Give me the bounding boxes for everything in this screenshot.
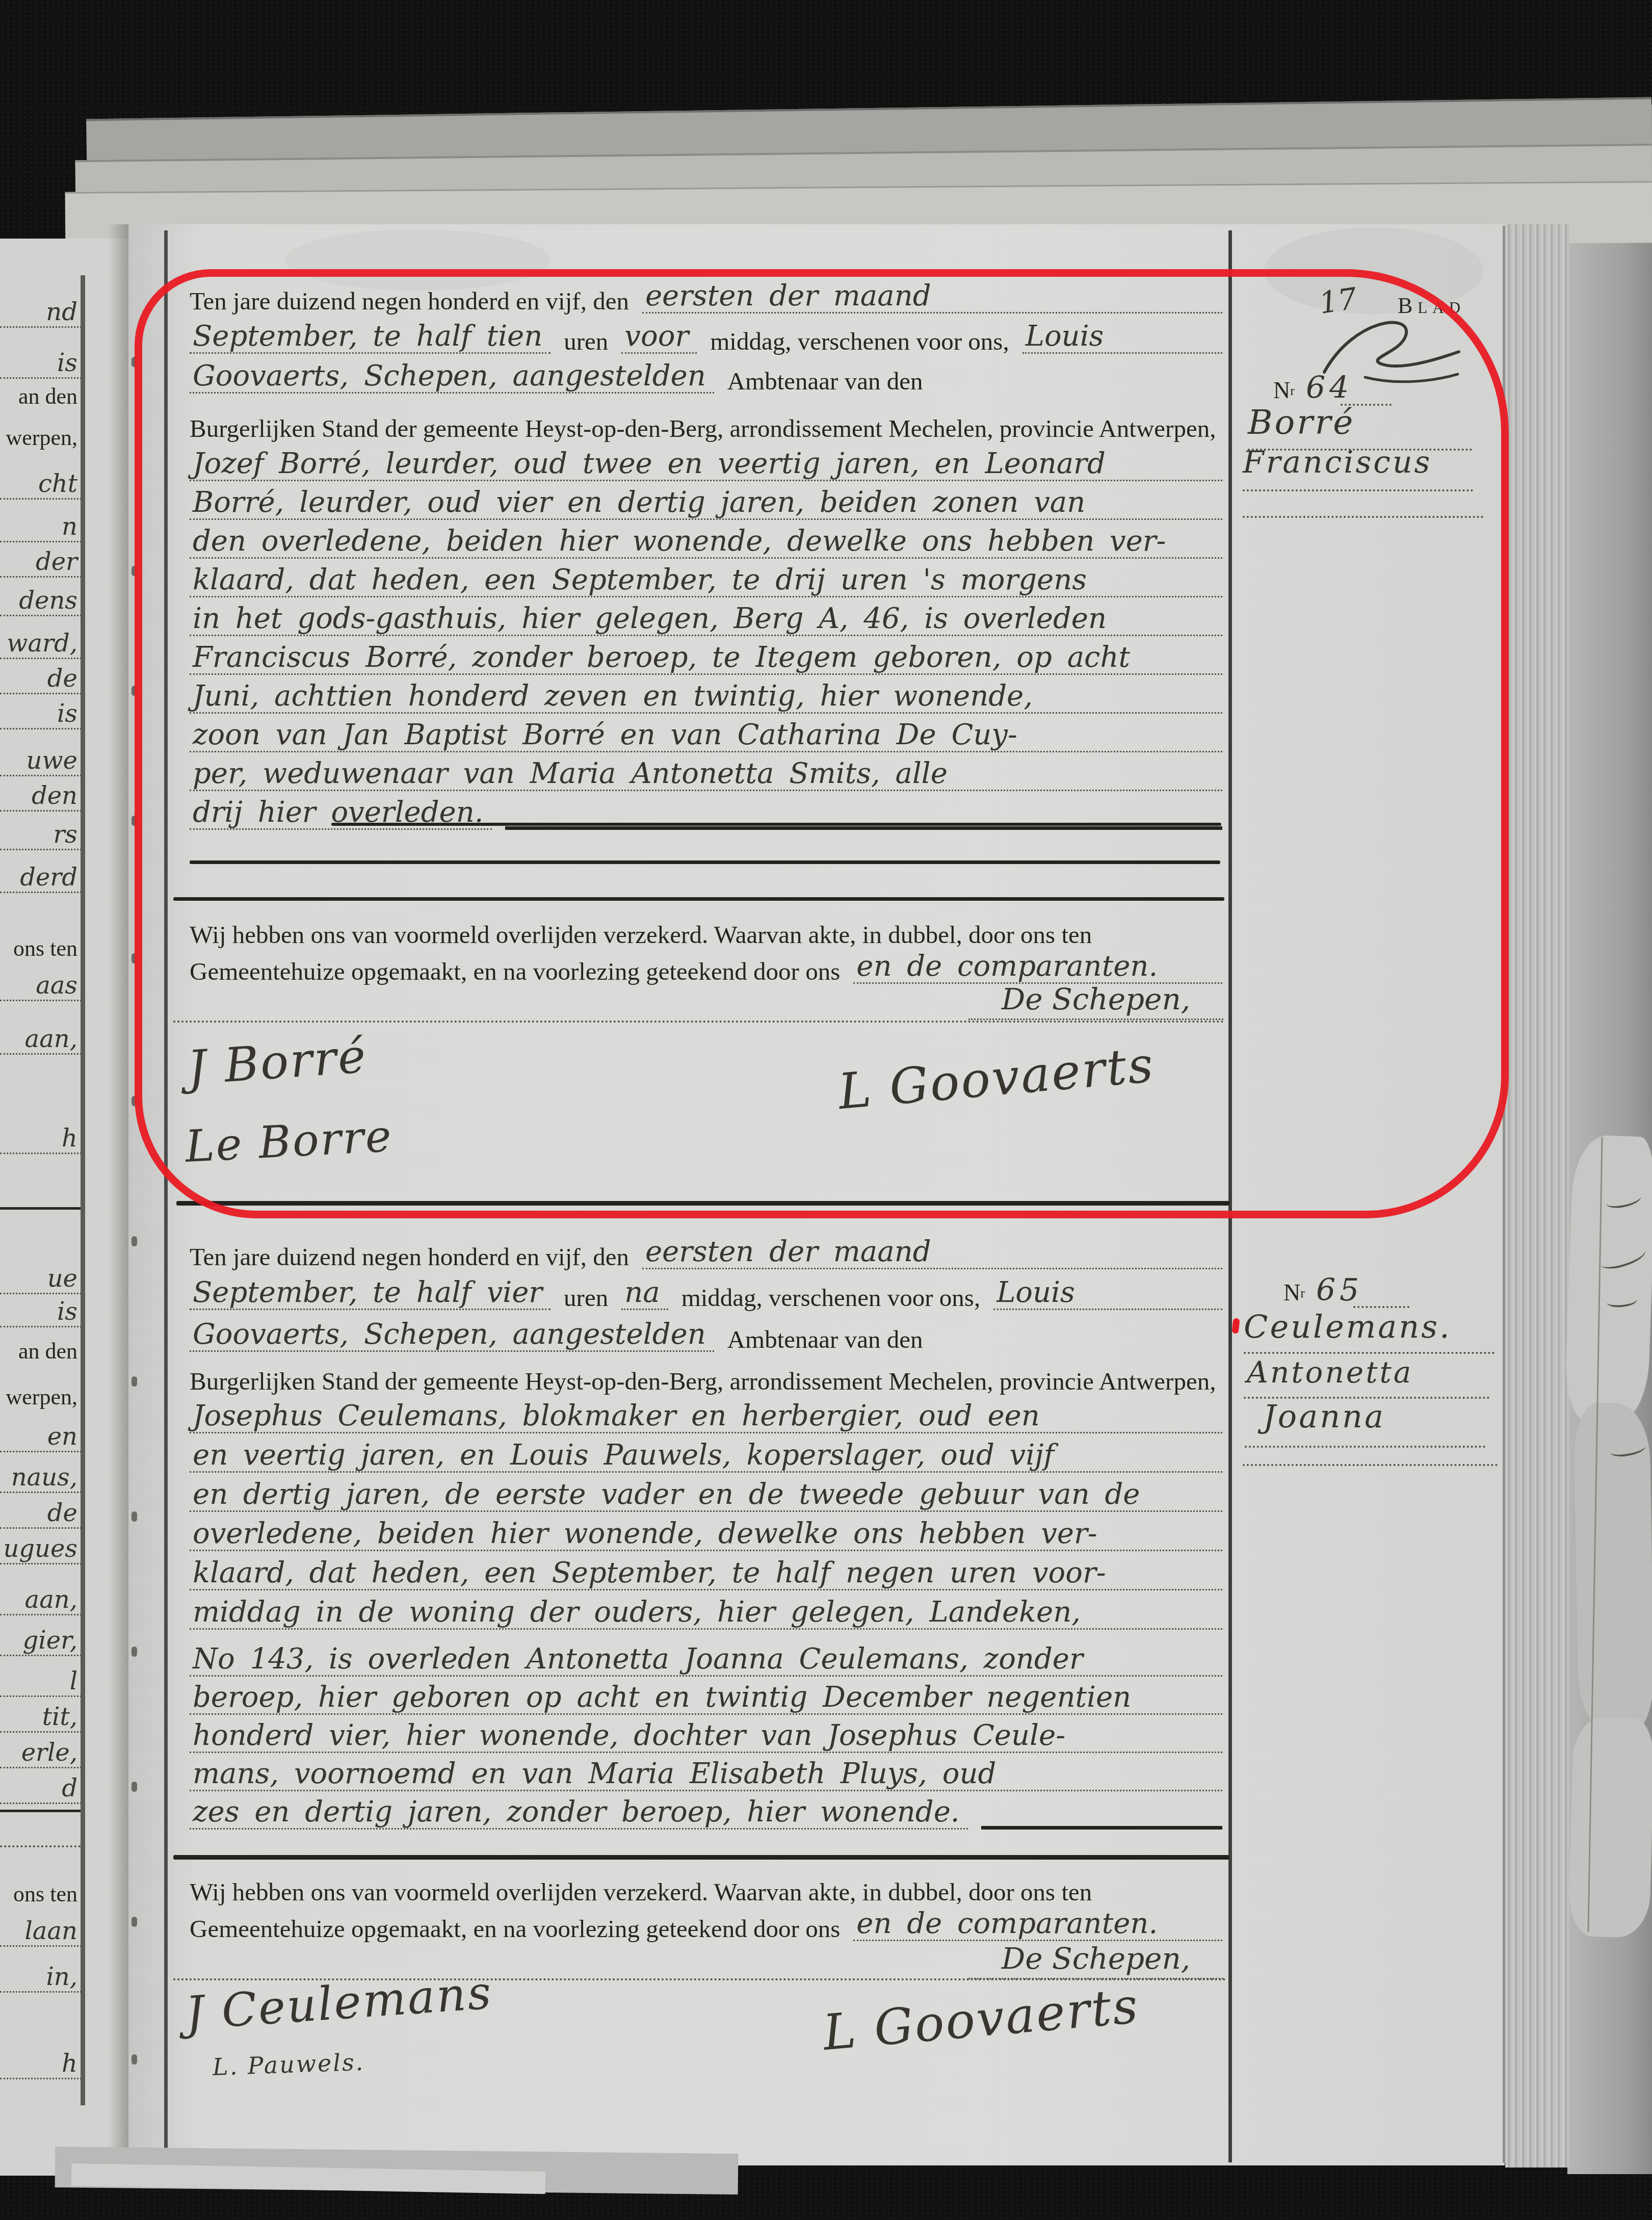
closing-rule [981,1820,1222,1830]
facing-page-rule [0,1207,81,1210]
separator-rule [173,1855,1229,1860]
facing-page-text-fragment: in, [0,1963,82,1993]
dotted-guide-line [1353,1306,1409,1308]
facing-page-text-fragment: de [0,664,82,694]
text-segment: overledene, beiden hier wonende, dewelke… [190,1520,1222,1551]
text-segment: Louis [993,1278,1222,1310]
text-segment: uren [564,1285,608,1310]
text-segment: September, te half vier [190,1278,550,1310]
red-annotation-box [135,269,1509,1218]
facing-page-text-fragment: an den [0,1338,82,1364]
facing-page-text-fragment: en [0,1422,82,1452]
facing-page-text-fragment: werpen, [0,425,82,451]
closing-formula-line: Gemeentehuize opgemaakt, en na voorlezin… [190,1904,1222,1941]
margin-deceased-surname: Ceulemans. [1244,1308,1452,1345]
facing-page-text-fragment: ugues [0,1534,82,1564]
facing-page-text-fragment: is [0,349,82,379]
binding-stitch [132,1917,137,1927]
facing-page-text-fragment: aan, [0,1025,82,1055]
facing-page-text-fragment: n [0,512,82,542]
text-segment: Wij hebben ons van voormeld overlijden v… [190,1879,1092,1904]
dotted-guide-line [173,1978,1226,1980]
dotted-guide-line [1243,1464,1498,1466]
signature: L. Pauwels. [212,2048,365,2081]
text-segment: middag in de woning der ouders, hier gel… [190,1598,1222,1630]
record-line: No 143, is overleden Antonetta Joanna Ce… [190,1640,1222,1677]
facing-page-text-fragment: ward, [0,629,82,659]
binding-stitch [132,2054,137,2065]
record-line: mans, voornoemd en van Maria Elisabeth P… [190,1755,1222,1791]
record-line: zes en dertig jaren, zonder beroep, hier… [190,1793,1222,1830]
text-segment: Ten jare duizend negen honderd en vijf, … [190,1244,629,1269]
facing-page-text-fragment: h [0,2049,82,2079]
record-line: klaard, dat heden, een September, te hal… [190,1554,1222,1590]
facing-page-text-fragment: ons ten [0,935,82,961]
facing-page-text-fragment: gier, [0,1626,82,1656]
text-segment: Josephus Ceulemans, blokmaker en herberg… [190,1402,1222,1433]
record-line: middag in de woning der ouders, hier gel… [190,1593,1222,1630]
facing-page-text-fragment: aas [0,971,82,1001]
text-segment: eersten der maand [642,1238,1222,1269]
facing-page-text-fragment: d [0,1774,82,1804]
record-line: Ten jare duizend negen honderd en vijf, … [190,1233,1222,1269]
page-block-edge [1505,224,1569,2167]
facing-page-text-fragment: h [0,1124,82,1154]
facing-page-rule [0,1810,81,1812]
facing-page-text-fragment: derd [0,863,82,893]
dotted-guide-line [1245,1446,1485,1448]
text-segment: honderd vier, hier wonende, dochter van … [190,1721,1222,1753]
facing-page-text-fragment: is [0,699,82,729]
damaged-page-fragment [1564,1134,1652,1422]
facing-page-text-fragment: dens [0,586,82,616]
facing-page-dotted-line [0,1845,81,1847]
facing-page-text-fragment: de [0,1499,82,1529]
text-segment: mans, voornoemd en van Maria Elisabeth P… [190,1760,1222,1791]
facing-page-text-fragment: cht [0,469,82,500]
text-segment: Burgerlijken Stand der gemeente Heyst-op… [190,1369,1216,1394]
facing-page-text-fragment: naus, [0,1463,82,1493]
text-segment: Gemeentehuize opgemaakt, en na voorlezin… [190,1916,840,1941]
register-scan: 17 Blad Nr 64 Borré Franciscus Nr 65 Ceu… [0,0,1652,2220]
record-line: honderd vier, hier wonende, dochter van … [190,1716,1222,1753]
text-segment: na [621,1278,668,1310]
act-number: Nr 65 [1283,1272,1363,1308]
text-segment: zes en dertig jaren, zonder beroep, hier… [190,1798,968,1830]
facing-page-text-fragment: nd [0,298,82,328]
de-schepen-label: De Schepen, [968,1941,1223,1979]
text-segment: en de comparanten. [853,1910,1222,1941]
facing-page-text-fragment: l [0,1667,82,1697]
facing-page-text-fragment: ons ten [0,1881,82,1907]
record-line: overledene, beiden hier wonende, dewelke… [190,1514,1222,1551]
facing-page-text-fragment: den [0,781,82,812]
facing-page-text-fragment: laan [0,1917,82,1947]
record-line: September, te half vierurennamiddag, ver… [190,1273,1222,1310]
facing-page-text-fragment: der [0,547,82,578]
dotted-guide-line [1244,1352,1494,1354]
facing-page-text-fragment: an den [0,383,82,409]
binding-stitch [132,1647,137,1657]
facing-page-text-fragment: is [0,1297,82,1327]
facing-page-text-fragment: aan, [0,1585,82,1615]
record-line: en dertig jaren, de eerste vader en de t… [190,1475,1222,1512]
facing-page-text-fragment: rs [0,820,82,850]
binding-stitch [132,1376,137,1387]
record-line: Burgerlijken Stand der gemeente Heyst-op… [190,1357,1222,1394]
text-segment: en veertig jaren, en Louis Pauwels, kope… [190,1441,1222,1473]
facing-page-text-fragment: ue [0,1264,82,1294]
text-segment: No 143, is overleden Antonetta Joanna Ce… [190,1645,1222,1677]
damaged-page-fragment [1568,1717,1652,1938]
facing-page-text-fragment: erle, [0,1738,82,1768]
margin-deceased-firstname: Antonetta [1247,1355,1413,1390]
text-segment: Ambtenaar van den [727,1327,923,1352]
binding-stitch [132,1782,137,1792]
closing-formula-line: Wij hebben ons van voormeld overlijden v… [190,1868,1222,1904]
binding-stitch [132,1511,137,1522]
text-segment: Goovaerts, Schepen, aangestelden [190,1320,714,1352]
record-line: beroep, hier geboren op acht en twintig … [190,1678,1222,1715]
facing-page-text-fragment: werpen, [0,1384,82,1410]
margin-deceased-middlename: Joanna [1263,1398,1385,1435]
text-segment: beroep, hier geboren op acht en twintig … [190,1683,1222,1715]
record-line: Goovaerts, Schepen, aangesteldenAmbtenaa… [190,1315,1222,1352]
record-line: Josephus Ceulemans, blokmaker en herberg… [190,1397,1222,1433]
text-segment: en dertig jaren, de eerste vader en de t… [190,1480,1222,1512]
facing-page-text-fragment: uwe [0,746,82,776]
facing-page-text-fragment: tit, [0,1703,82,1733]
record-line: en veertig jaren, en Louis Pauwels, kope… [190,1436,1222,1473]
text-segment: klaard, dat heden, een September, te hal… [190,1559,1222,1590]
text-segment: middag, verschenen voor ons, [681,1285,981,1310]
dotted-guide-line [1244,1397,1489,1399]
binding-stitch [132,1236,137,1246]
